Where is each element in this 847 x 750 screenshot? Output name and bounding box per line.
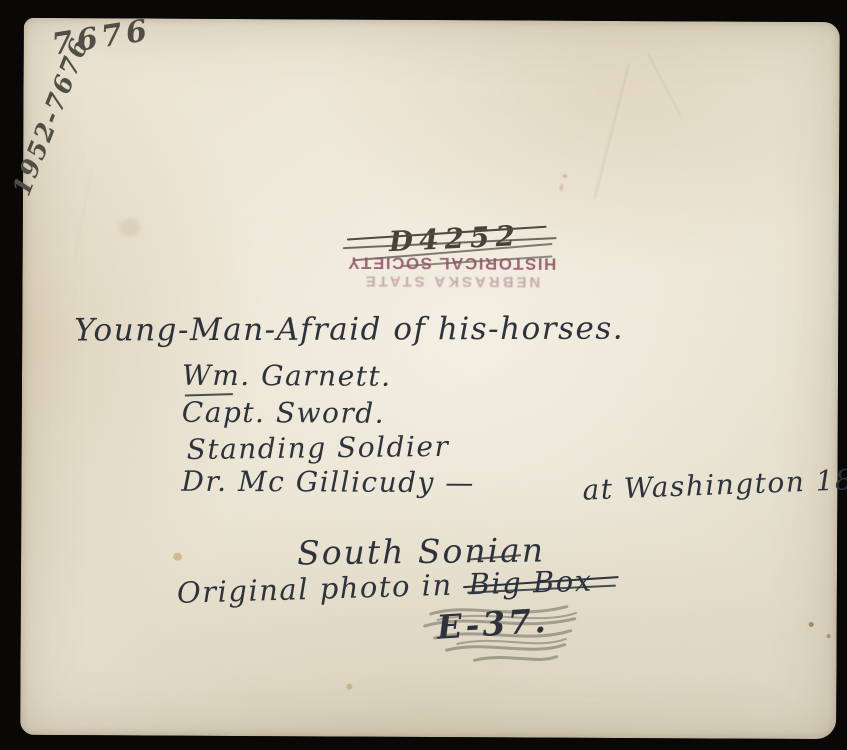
stain-speck [827, 634, 831, 638]
stain-speck [346, 684, 352, 690]
stain-speck [173, 553, 182, 561]
red-ink-smudge [555, 170, 570, 197]
handwritten-name-place-row: Dr. Mc Gillicudy — at Washington 1883 [181, 465, 847, 502]
photo-back-paper: 7676 1952-7676 D4252 NEBRASKA STATE HIST… [20, 18, 840, 739]
accession-number-side: 1952-7676 [7, 59, 84, 200]
stamp-line-nebraska-state: NEBRASKA STATE [340, 272, 562, 290]
stamp-line-historical-society: HISTORICAL SOCIETY [341, 253, 563, 274]
handwritten-name-mcgillicudy: Dr. Mc Gillicudy — [181, 465, 475, 500]
stain-speck [119, 218, 141, 236]
handwritten-title: Young-Man-Afraid of his-horses. [74, 311, 624, 349]
paper-crease [594, 63, 631, 199]
handwritten-place-date: at Washington 1883 [582, 462, 847, 507]
handwritten-name-garnett: Wm. Garnett. [182, 359, 392, 393]
handwritten-file-number: E-37. [436, 601, 550, 647]
photo-scan: 7676 1952-7676 D4252 NEBRASKA STATE HIST… [0, 0, 847, 750]
handwritten-original-note: Original photo in [176, 568, 453, 610]
paper-crease [75, 169, 93, 258]
stain-speck [809, 622, 814, 627]
paper-crease [647, 53, 682, 116]
handwritten-name-standing-soldier: Standing Soldier [186, 430, 449, 466]
handwritten-name-sword: Capt. Sword. [182, 396, 385, 430]
historical-society-stamp: NEBRASKA STATE HISTORICAL SOCIETY [340, 253, 562, 291]
